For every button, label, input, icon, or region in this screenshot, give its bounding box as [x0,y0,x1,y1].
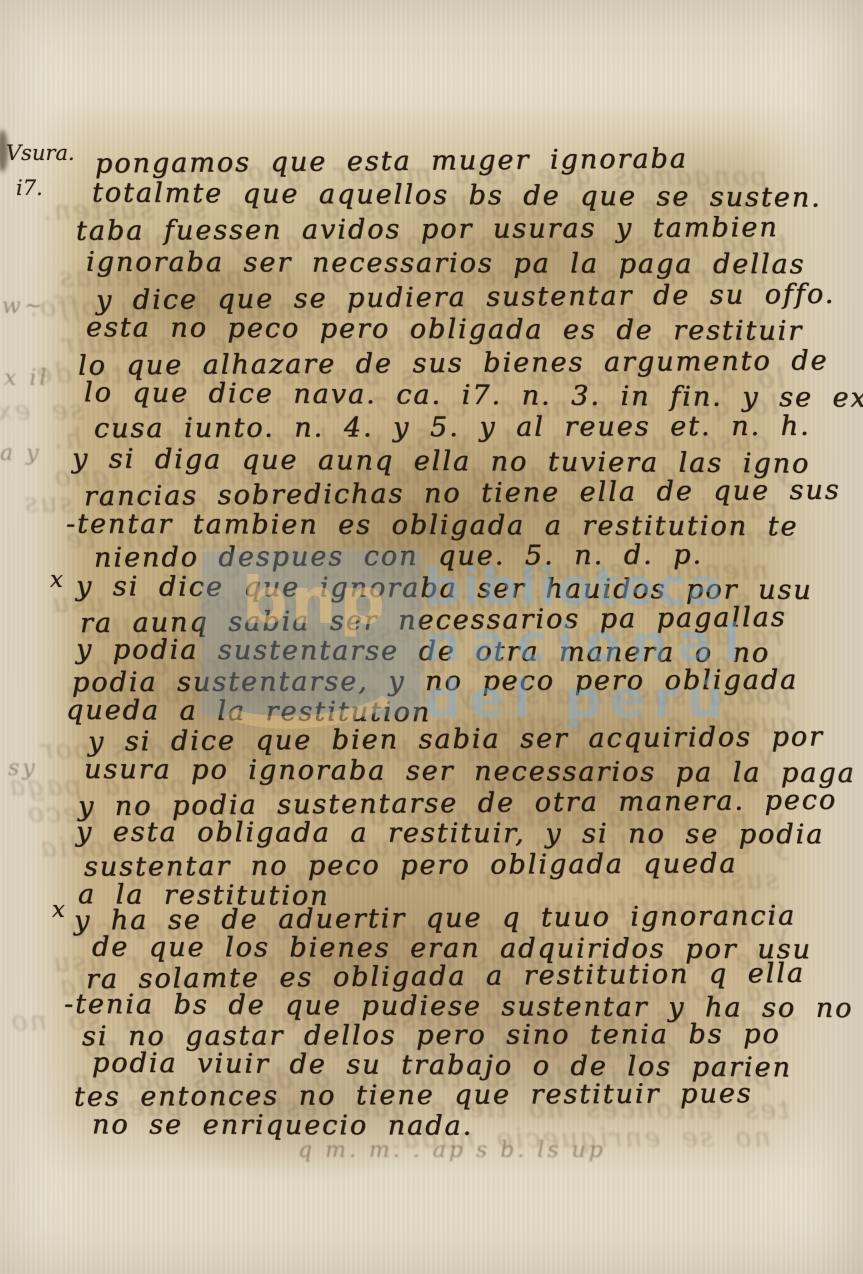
manuscript-page-scan: pongamos que esta muger ignorabatotalmte… [0,0,863,1274]
scan-vignette [0,0,863,1274]
